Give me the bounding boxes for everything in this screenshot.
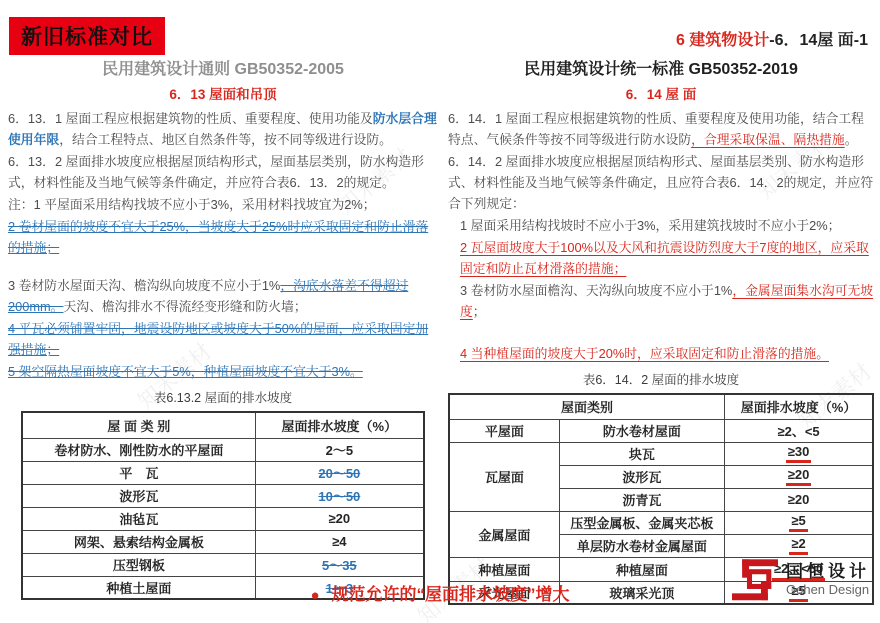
clause-text: 。 bbox=[845, 132, 858, 147]
cell-category: 油毡瓦 bbox=[22, 507, 255, 530]
column-header-slope: 屋面排水坡度（%） bbox=[725, 394, 873, 419]
new-item-2-added: 2 瓦屋面坡度大于100%以及大风和抗震设防烈度大于7度的地区，应采取固定和防止… bbox=[448, 237, 874, 279]
highlighted-value: ≥20 bbox=[786, 467, 812, 486]
cell-value-highlighted: ≥2 bbox=[725, 534, 873, 557]
cell-category: 压型钢板 bbox=[22, 553, 255, 576]
table-header-row: 屋 面 类 别 屋面排水坡度（%） bbox=[22, 412, 424, 438]
highlighted-value: ≥30 bbox=[786, 444, 812, 463]
logo-english-name: Gohen Design bbox=[786, 582, 870, 598]
old-note-4-deleted: 4 平瓦必须铺置牢固，地震设防地区或坡度大于50%的屋面，应采取固定加强措施； bbox=[8, 318, 438, 360]
cell-group: 金属屋面 bbox=[449, 511, 559, 557]
column-header-category: 屋面类别 bbox=[449, 394, 725, 419]
cell-value-deleted: 5～35 bbox=[255, 553, 424, 576]
table-header-row: 屋面类别 屋面排水坡度（%） bbox=[449, 394, 873, 419]
cell-value: ≥2、<5 bbox=[725, 419, 873, 442]
old-note-5-deleted: 5 架空隔热屋面坡度不宜大于5%，种植屋面坡度不宜大于3%。 bbox=[8, 361, 438, 382]
deleted-value: 10～50 bbox=[318, 489, 360, 504]
slide-page: 知末素材 知末素材 知末素材 知末素材 知末素材 新旧标准对比 6 建筑物设计-… bbox=[0, 0, 880, 623]
table-row: 压型钢板 5～35 bbox=[22, 553, 424, 576]
old-standard-column: 民用建筑设计通则 GB50352-2005 6．13 屋面和吊顶 6．13．1 … bbox=[8, 60, 438, 600]
new-standard-column: 民用建筑设计统一标准 GB50352-2019 6．14 屋 面 6．14．1 … bbox=[448, 60, 874, 605]
company-logo: 国恒设计 Gohen Design bbox=[732, 558, 870, 602]
table-row: 卷材防水、刚性防水的平屋面 2～5 bbox=[22, 438, 424, 461]
conclusion-text: 规范允许的“屋面排水坡度”增大 bbox=[332, 585, 570, 604]
cell-value-highlighted: ≥20 bbox=[725, 465, 873, 488]
old-standard-title: 民用建筑设计通则 GB50352-2005 bbox=[8, 60, 438, 80]
cell-subcategory: 单层防水卷材金属屋面 bbox=[559, 534, 724, 557]
column-header-category: 屋 面 类 别 bbox=[22, 412, 255, 438]
old-note-1: 注：1 平屋面采用结构找坡不应小于3%，采用材料找坡宜为2%； bbox=[8, 194, 438, 215]
spacer bbox=[8, 258, 438, 274]
old-table-caption: 表6.13.2 屋面的排水坡度 bbox=[8, 389, 438, 407]
old-clause-6-13-2: 6．13．2 屋面排水坡度应根据屋顶结构形式，屋面基层类别，防水构造形式，材料性… bbox=[8, 151, 438, 193]
cell-subcategory: 防水卷材屋面 bbox=[559, 419, 724, 442]
table-row: 波形瓦 10～50 bbox=[22, 484, 424, 507]
cell-subcategory: 沥青瓦 bbox=[559, 488, 724, 511]
cell-value-highlighted: ≥30 bbox=[725, 442, 873, 465]
clause-added-phrase: ，合理采取保温、隔热措施 bbox=[691, 132, 845, 147]
old-note-3: 3 卷材防水屋面天沟、檐沟纵向坡度不应小于1%，沟底水落差不得超过200mm。天… bbox=[8, 275, 438, 317]
cell-value: 2～5 bbox=[255, 438, 424, 461]
table-row: 金属屋面 压型金属板、金属夹芯板 ≥5 bbox=[449, 511, 873, 534]
deleted-value: 20～50 bbox=[318, 466, 360, 481]
old-note-2-deleted: 2 卷材屋面的坡度不宜大于25%，当坡度大于25%时应采取固定和防止滑落的措施； bbox=[8, 216, 438, 258]
table-row: 平屋面 防水卷材屋面 ≥2、<5 bbox=[449, 419, 873, 442]
cell-subcategory: 种植屋面 bbox=[559, 557, 724, 581]
bullet-icon: ● bbox=[310, 587, 319, 604]
cell-category: 平 瓦 bbox=[22, 461, 255, 484]
column-header-slope: 屋面排水坡度（%） bbox=[255, 412, 424, 438]
cell-value: ≥4 bbox=[255, 530, 424, 553]
cell-group: 种植屋面 bbox=[449, 557, 559, 581]
new-item-3: 3 卷材防水屋面檐沟、天沟纵向坡度不应小于1%，金属屋面集水沟可无坡度； bbox=[448, 280, 874, 322]
clause-text: 天沟、檐沟排水不得流经变形缝和防火墙； bbox=[63, 299, 306, 314]
cell-value: ≥20 bbox=[725, 488, 873, 511]
page-reference-section: -6．14屋 面-1 bbox=[769, 32, 868, 49]
new-clause-6-14-2: 6．14．2 屋面排水坡度应根据屋顶结构形式、屋面基层类别、防水构造形式、材料性… bbox=[448, 151, 874, 214]
clause-text: 3 卷材防水屋面天沟、檐沟纵向坡度不应小于1% bbox=[8, 278, 280, 293]
new-standard-section: 6．14 屋 面 bbox=[448, 87, 874, 103]
page-reference-chapter: 6 建筑物设计 bbox=[676, 32, 769, 49]
cell-group: 瓦屋面 bbox=[449, 442, 559, 511]
table-row: 网架、悬索结构金属板 ≥4 bbox=[22, 530, 424, 553]
clause-text: ； bbox=[473, 304, 486, 319]
new-item-1: 1 屋面采用结构找坡时不应小于3%，采用建筑找坡时不应小于2%； bbox=[448, 215, 874, 236]
spacer bbox=[448, 322, 874, 342]
cell-subcategory: 压型金属板、金属夹芯板 bbox=[559, 511, 724, 534]
comparison-banner: 新旧标准对比 bbox=[9, 17, 165, 55]
old-standard-section: 6．13 屋面和吊顶 bbox=[8, 87, 438, 103]
cell-subcategory: 块瓦 bbox=[559, 442, 724, 465]
table-row: 瓦屋面 块瓦 ≥30 bbox=[449, 442, 873, 465]
new-table-caption: 表6．14．2 屋面的排水坡度 bbox=[448, 371, 874, 389]
clause-text: ，结合工程特点、地区自然条件等，按不同等级进行设防。 bbox=[59, 132, 392, 147]
cell-value-deleted: 10～50 bbox=[255, 484, 424, 507]
table-row: 油毡瓦 ≥20 bbox=[22, 507, 424, 530]
new-item-4-added: 4 当种植屋面的坡度大于20%时，应采取固定和防止滑落的措施。 bbox=[448, 343, 874, 364]
gohen-logo-icon bbox=[732, 558, 778, 602]
old-clause-6-13-1: 6．13．1 屋面工程应根据建筑物的性质、重要程度、使用功能及防水层合理使用年限… bbox=[8, 108, 438, 150]
cell-category: 波形瓦 bbox=[22, 484, 255, 507]
cell-value-highlighted: ≥5 bbox=[725, 511, 873, 534]
new-standard-title: 民用建筑设计统一标准 GB50352-2019 bbox=[448, 60, 874, 80]
logo-text: 国恒设计 Gohen Design bbox=[786, 562, 870, 598]
clause-text: 6．13．1 屋面工程应根据建筑物的性质、重要程度、使用功能及 bbox=[8, 111, 373, 126]
clause-text: 3 卷材防水屋面檐沟、天沟纵向坡度不应小于1% bbox=[460, 283, 732, 298]
cell-subcategory: 波形瓦 bbox=[559, 465, 724, 488]
logo-chinese-name: 国恒设计 bbox=[786, 562, 870, 582]
old-drainage-slope-table: 屋 面 类 别 屋面排水坡度（%） 卷材防水、刚性防水的平屋面 2～5 平 瓦 … bbox=[21, 411, 425, 600]
new-clause-6-14-1: 6．14．1 屋面工程应根据建筑物的性质、重要程度及使用功能，结合工程特点、气候… bbox=[448, 108, 874, 150]
deleted-value: 5～35 bbox=[322, 558, 357, 573]
cell-category: 卷材防水、刚性防水的平屋面 bbox=[22, 438, 255, 461]
highlighted-value: ≥2 bbox=[789, 536, 807, 555]
page-reference: 6 建筑物设计-6．14屋 面-1 bbox=[676, 27, 868, 50]
table-row: 平 瓦 20～50 bbox=[22, 461, 424, 484]
cell-group: 平屋面 bbox=[449, 419, 559, 442]
cell-category: 网架、悬索结构金属板 bbox=[22, 530, 255, 553]
cell-value-deleted: 20～50 bbox=[255, 461, 424, 484]
cell-value: ≥20 bbox=[255, 507, 424, 530]
highlighted-value: ≥5 bbox=[789, 513, 807, 532]
